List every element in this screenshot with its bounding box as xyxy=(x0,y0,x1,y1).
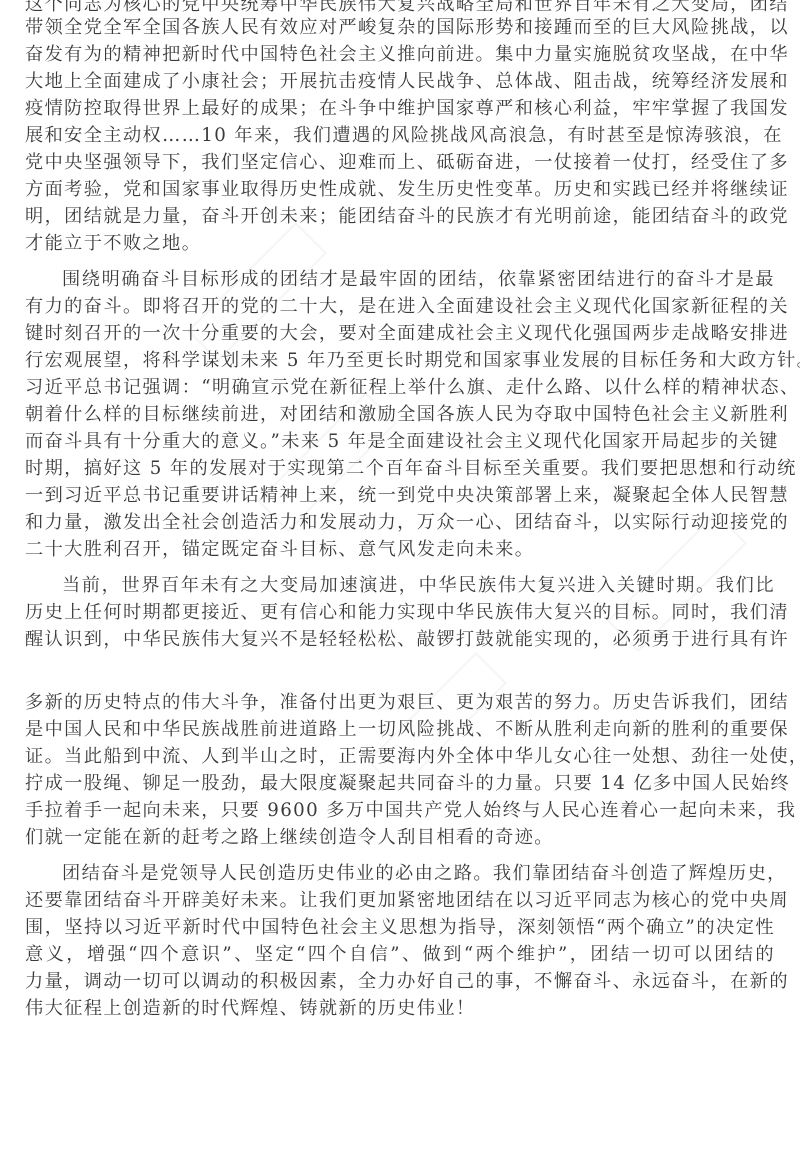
text-line: 还要靠团结奋斗开辟美好未来。让我们更加紧密地团结在以习近平同志为核心的党中央周 xyxy=(25,890,775,912)
text-line: 键时刻召开的一次十分重要的大会，要对全面建成社会主义现代化强国两步走战略安排进 xyxy=(25,323,775,345)
text-line: 方面考验，党和国家事业取得历史性成就、发生历史性变革。历史和实践已经并将继续证 xyxy=(25,179,775,201)
text-line: 时期，搞好这 5 年的发展对于实现第二个百年奋斗目标至关重要。我们要把思想和行动… xyxy=(25,458,775,480)
text-line: 奋发有为的精神把新时代中国特色社会主义推向前进。集中力量实施脱贫攻坚战，在中华 xyxy=(25,44,775,66)
text-line: 力量，调动一切可以调动的积极因素，全力办好自己的事，不懈奋斗、永远奋斗，在新的 xyxy=(25,971,775,993)
text-line: 意义，增强“四个意识”、坚定“四个自信”、做到“两个维护”，团结一切可以团结的 xyxy=(25,944,775,966)
text-line: 有力的奋斗。即将召开的党的二十大，是在进入全面建设社会主义现代化国家新征程的关 xyxy=(25,296,775,318)
text-line: 团结奋斗是党领导人民创造历史伟业的必由之路。我们靠团结奋斗创造了辉煌历史， xyxy=(62,863,775,885)
text-line: 拧成一股绳、铆足一股劲，最大限度凝聚起共同奋斗的力量。只要 14 亿多中国人民始… xyxy=(25,773,775,795)
text-line: 朝着什么样的目标继续前进，对团结和激励全国各族人民为夺取中国特色社会主义新胜利 xyxy=(25,404,775,426)
text-line: 展和安全主动权……10 年来，我们遭遇的风险挑战风高浪急，有时甚至是惊涛骇浪，在 xyxy=(25,125,775,147)
text-line: 多新的历史特点的伟大斗争，准备付出更为艰巨、更为艰苦的努力。历史告诉我们，团结 xyxy=(25,692,775,714)
text-line: 行宏观展望，将科学谋划未来 5 年乃至更长时期党和国家事业发展的目标任务和大政方… xyxy=(25,350,775,372)
text-line: 党中央坚强领导下，我们坚定信心、迎难而上、砥砺奋进，一仗接着一仗打，经受住了多 xyxy=(25,152,775,174)
text-line: 才能立于不败之地。 xyxy=(25,233,775,255)
text-line: 大地上全面建成了小康社会；开展抗击疫情人民战争、总体战、阻击战，统筹经济发展和 xyxy=(25,71,775,93)
text-line: 证。当此船到中流、人到半山之时，正需要海内外全体中华儿女心往一处想、劲往一处使， xyxy=(25,746,775,768)
text-line: 伟大征程上创造新的时代辉煌、铸就新的历史伟业！ xyxy=(25,998,775,1020)
text-line: 疫情防控取得世界上最好的成果；在斗争中维护国家尊严和核心利益，牢牢掌握了我国发 xyxy=(25,98,775,120)
document-page: 这个同志为核心的党中央统筹中华民族伟大复兴战略全局和世界百年未有之大变局，团结带… xyxy=(0,0,800,1167)
text-line: 围绕明确奋斗目标形成的团结才是最牢固的团结，依靠紧密团结进行的奋斗才是最 xyxy=(62,269,775,291)
text-line: 当前，世界百年未有之大变局加速演进，中华民族伟大复兴进入关键时期。我们比 xyxy=(62,575,775,597)
text-line: 和力量，激发出全社会创造活力和发展动力，万众一心、团结奋斗，以实际行动迎接党的 xyxy=(25,512,775,534)
text-line: 手拉着手一起向未来，只要 9600 多万中国共产党人始终与人民心连着心一起向未来… xyxy=(25,800,775,822)
text-line: 这个同志为核心的党中央统筹中华民族伟大复兴战略全局和世界百年未有之大变局，团结 xyxy=(25,0,775,16)
text-line: 醒认识到，中华民族伟大复兴不是轻轻松松、敲锣打鼓就能实现的，必须勇于进行具有许 xyxy=(25,629,775,651)
text-line: 习近平总书记强调：“明确宣示党在新征程上举什么旗、走什么路、以什么样的精神状态、 xyxy=(25,377,775,399)
text-line: 是中国人民和中华民族战胜前进道路上一切风险挑战、不断从胜利走向新的胜利的重要保 xyxy=(25,719,775,741)
text-line: 们就一定能在新的赶考之路上继续创造令人刮目相看的奇迹。 xyxy=(25,827,775,849)
text-line: 历史上任何时期都更接近、更有信心和能力实现中华民族伟大复兴的目标。同时，我们清 xyxy=(25,602,775,624)
text-line: 明，团结就是力量，奋斗开创未来；能团结奋斗的民族才有光明前途，能团结奋斗的政党 xyxy=(25,206,775,228)
text-line: 二十大胜利召开，锚定既定奋斗目标、意气风发走向未来。 xyxy=(25,539,775,561)
text-line: 围，坚持以习近平新时代中国特色社会主义思想为指导，深刻领悟“两个确立”的决定性 xyxy=(25,917,775,939)
text-line: 而奋斗具有十分重大的意义。”未来 5 年是全面建设社会主义现代化国家开局起步的关… xyxy=(25,431,775,453)
text-line: 一到习近平总书记重要讲话精神上来，统一到党中央决策部署上来，凝聚起全体人民智慧 xyxy=(25,485,775,507)
text-line: 带领全党全军全国各族人民有效应对严峻复杂的国际形势和接踵而至的巨大风险挑战，以 xyxy=(25,17,775,39)
